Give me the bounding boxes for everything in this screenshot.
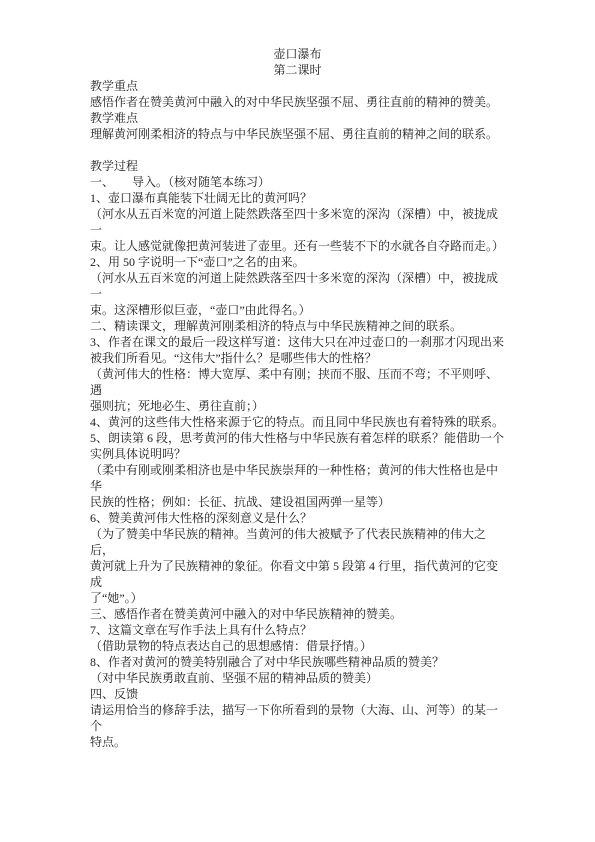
text-line: 二、精读课文，理解黄河刚柔相济的特点与中华民族精神之间的联系。 [90, 318, 505, 334]
document-title: 壶口瀑布 [90, 46, 505, 62]
document-body: 教学重点感悟作者在赞美黄河中融入的对中华民族坚强不屈、勇往直前的精神的赞美。教学… [90, 78, 505, 750]
text-line: （对中华民族勇敢直前、坚强不屈的精神品质的赞美） [90, 670, 505, 686]
blank-line [90, 142, 505, 158]
text-line: 实例具体说明吗？ [90, 446, 505, 462]
text-line: 1、壶口瀑布真能装下壮阔无比的黄河吗？ [90, 190, 505, 206]
text-line: 一、 导入。（核对随笔本练习） [90, 174, 505, 190]
text-line: （河水从五百米宽的河道上陡然跌落至四十多米宽的深沟（深槽）中，被拢成一 [90, 206, 505, 238]
text-line: 黄河就上升为了民族精神的象征。你看文中第 5 段第 4 行里，指代黄河的它变成 [90, 558, 505, 590]
text-line: 束。让人感觉就像把黄河装进了壶里。还有一些装不下的水就各自夺路而走。） [90, 238, 505, 254]
text-line: （为了赞美中华民族的精神。当黄河的伟大被赋予了代表民族精神的伟大之后， [90, 526, 505, 558]
text-line: 民族的性格；例如：长征、抗战、建设祖国两弹一星等） [90, 494, 505, 510]
text-line: 3、作者在课文的最后一段这样写道：这伟大只在冲过壶口的一刹那才闪现出来 [90, 334, 505, 350]
text-line: 特点。 [90, 734, 505, 750]
text-line: （柔中有刚或刚柔相济也是中华民族崇拜的一种性格；黄河的伟大性格也是中华 [90, 462, 505, 494]
text-line: 请运用恰当的修辞手法，描写一下你所看到的景物（大海、山、河等）的某一个 [90, 702, 505, 734]
text-line: 5、朗读第 6 段，思考黄河的伟大性格与中华民族有着怎样的联系？能借助一个 [90, 430, 505, 446]
text-line: 理解黄河刚柔相济的特点与中华民族坚强不屈、勇往直前的精神之间的联系。 [90, 126, 505, 142]
text-line: 强则抗；死地必生、勇往直前；） [90, 398, 505, 414]
document-subtitle: 第二课时 [90, 62, 505, 78]
text-line: 4、黄河的这些伟大性格来源于它的特点。而且同中华民族也有着特殊的联系。 [90, 414, 505, 430]
text-line: 感悟作者在赞美黄河中融入的对中华民族坚强不屈、勇往直前的精神的赞美。 [90, 94, 505, 110]
document-page: 壶口瀑布 第二课时 教学重点感悟作者在赞美黄河中融入的对中华民族坚强不屈、勇往直… [0, 0, 595, 842]
text-line: 6、赞美黄河伟大性格的深刻意义是什么？ [90, 510, 505, 526]
text-line: 2、用 50 字说明一下“壶口”之名的由来。 [90, 254, 505, 270]
text-line: 四、反馈 [90, 686, 505, 702]
text-line: （黄河伟大的性格：博大宽厚、柔中有刚；挟而不服、压而不弯；不平则呼、遇 [90, 366, 505, 398]
text-line: 8、作者对黄河的赞美特别融合了对中华民族哪些精神品质的赞美？ [90, 654, 505, 670]
text-line: 被我们所看见。“这伟大”指什么？是哪些伟大的性格？ [90, 350, 505, 366]
text-line: 束。这深槽形似巨壶，“壶口”由此得名。） [90, 302, 505, 318]
text-line: 教学重点 [90, 78, 505, 94]
text-line: （借助景物的特点表达自己的思想感情：借景抒情。） [90, 638, 505, 654]
text-line: （河水从五百米宽的河道上陡然跌落至四十多米宽的深沟（深槽）中，被拢成一 [90, 270, 505, 302]
text-line: 教学过程 [90, 158, 505, 174]
text-line: 了“她”。） [90, 590, 505, 606]
text-line: 7、这篇文章在写作手法上具有什么特点？ [90, 622, 505, 638]
text-line: 三、感悟作者在赞美黄河中融入的对中华民族精神的赞美。 [90, 606, 505, 622]
text-line: 教学难点 [90, 110, 505, 126]
